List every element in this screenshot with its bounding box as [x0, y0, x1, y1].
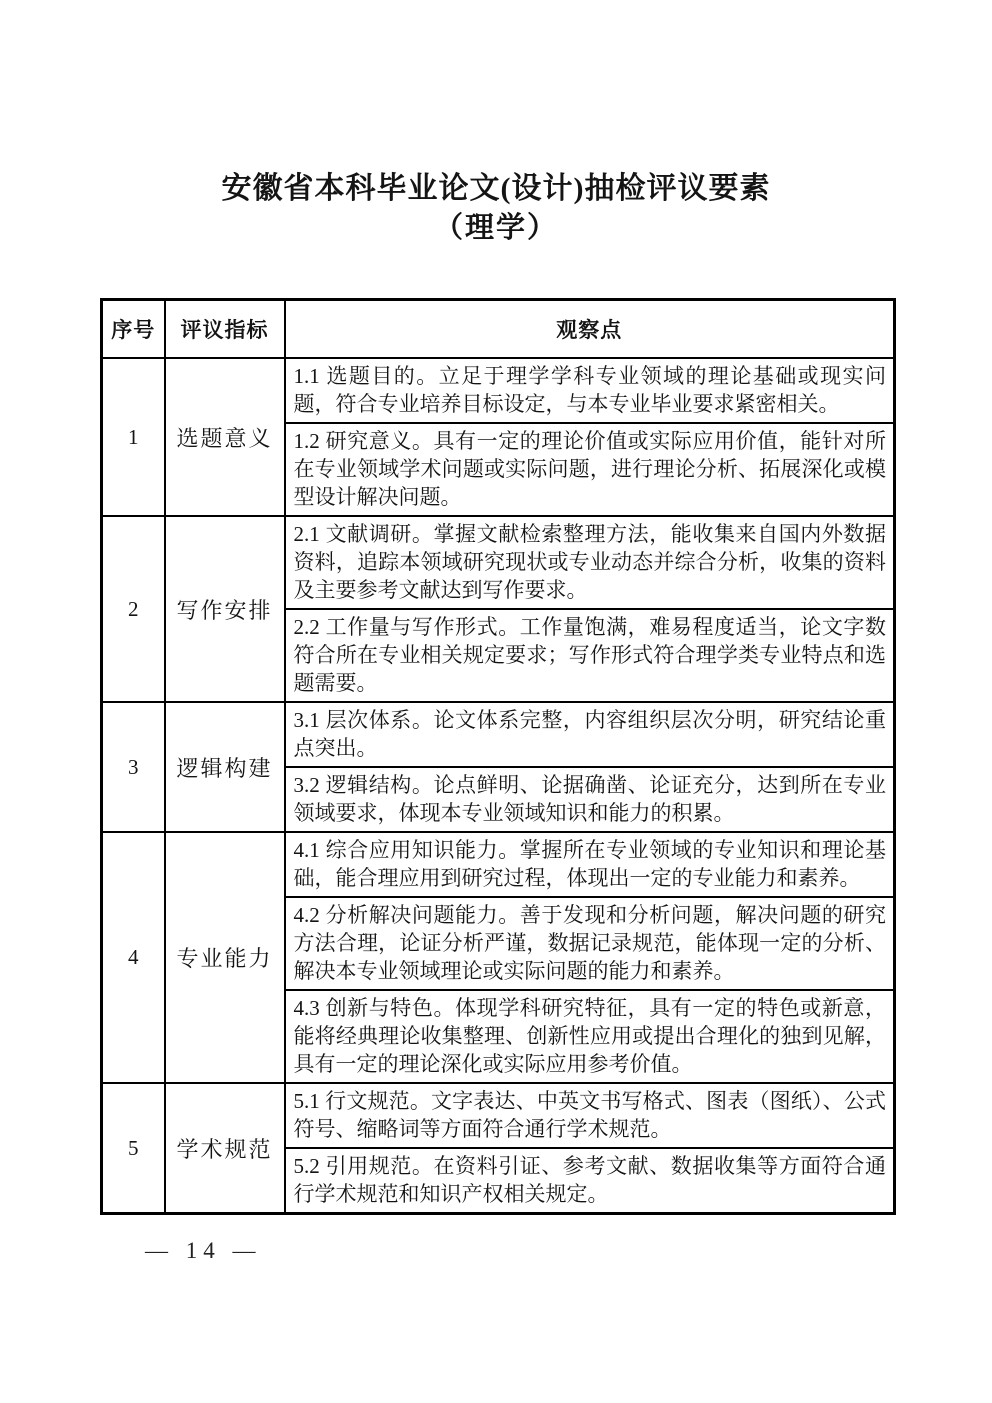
- col-header-index: 序号: [102, 300, 165, 359]
- observation-point: 2.1 文献调研。掌握文献检索整理方法，能收集来自国内外数据资料，追踪本领域研究…: [285, 516, 895, 609]
- observation-point: 1.1 选题目的。立足于理学学科专业领域的理论基础或现实问题，符合专业培养目标设…: [285, 358, 895, 423]
- observation-point: 5.2 引用规范。在资料引证、参考文献、数据收集等方面符合通行学术规范和知识产权…: [285, 1148, 895, 1214]
- observation-point: 4.3 创新与特色。体现学科研究特征，具有一定的特色或新意，能将经典理论收集整理…: [285, 990, 895, 1083]
- col-header-indicator: 评议指标: [165, 300, 285, 359]
- document-page: 安徽省本科毕业论文(设计)抽检评议要素 （理学） 序号 评议指标 观察点 1 选…: [0, 0, 992, 1403]
- table-row: 5 学术规范 5.1 行文规范。文字表达、中英文书写格式、图表（图纸）、公式符号…: [102, 1083, 895, 1148]
- observation-point: 2.2 工作量与写作形式。工作量饱满，难易程度适当，论文字数符合所在专业相关规定…: [285, 609, 895, 702]
- observation-point: 3.2 逻辑结构。论点鲜明、论据确凿、论证充分，达到所在专业领域要求，体现本专业…: [285, 767, 895, 832]
- table-row: 1 选题意义 1.1 选题目的。立足于理学学科专业领域的理论基础或现实问题，符合…: [102, 358, 895, 423]
- col-header-observation: 观察点: [285, 300, 895, 359]
- table-header-row: 序号 评议指标 观察点: [102, 300, 895, 359]
- page-subtitle: （理学）: [0, 208, 992, 248]
- row-index: 4: [102, 832, 165, 1083]
- row-indicator: 逻辑构建: [165, 702, 285, 832]
- row-index: 3: [102, 702, 165, 832]
- page-number: — 14 —: [145, 1238, 262, 1264]
- title-block: 安徽省本科毕业论文(设计)抽检评议要素 （理学）: [0, 0, 992, 248]
- row-indicator: 学术规范: [165, 1083, 285, 1214]
- table-row: 4 专业能力 4.1 综合应用知识能力。掌握所在专业领域的专业知识和理论基础，能…: [102, 832, 895, 897]
- row-index: 1: [102, 358, 165, 516]
- row-indicator: 写作安排: [165, 516, 285, 702]
- row-index: 5: [102, 1083, 165, 1214]
- observation-point: 3.1 层次体系。论文体系完整，内容组织层次分明，研究结论重点突出。: [285, 702, 895, 767]
- row-indicator: 选题意义: [165, 358, 285, 516]
- row-indicator: 专业能力: [165, 832, 285, 1083]
- table-row: 3 逻辑构建 3.1 层次体系。论文体系完整，内容组织层次分明，研究结论重点突出…: [102, 702, 895, 767]
- row-index: 2: [102, 516, 165, 702]
- evaluation-table: 序号 评议指标 观察点 1 选题意义 1.1 选题目的。立足于理学学科专业领域的…: [100, 298, 896, 1215]
- observation-point: 1.2 研究意义。具有一定的理论价值或实际应用价值，能针对所在专业领域学术问题或…: [285, 423, 895, 516]
- page-title: 安徽省本科毕业论文(设计)抽检评议要素: [0, 170, 992, 208]
- observation-point: 4.2 分析解决问题能力。善于发现和分析问题，解决问题的研究方法合理，论证分析严…: [285, 897, 895, 990]
- table-row: 2 写作安排 2.1 文献调研。掌握文献检索整理方法，能收集来自国内外数据资料，…: [102, 516, 895, 609]
- observation-point: 5.1 行文规范。文字表达、中英文书写格式、图表（图纸）、公式符号、缩略词等方面…: [285, 1083, 895, 1148]
- observation-point: 4.1 综合应用知识能力。掌握所在专业领域的专业知识和理论基础，能合理应用到研究…: [285, 832, 895, 897]
